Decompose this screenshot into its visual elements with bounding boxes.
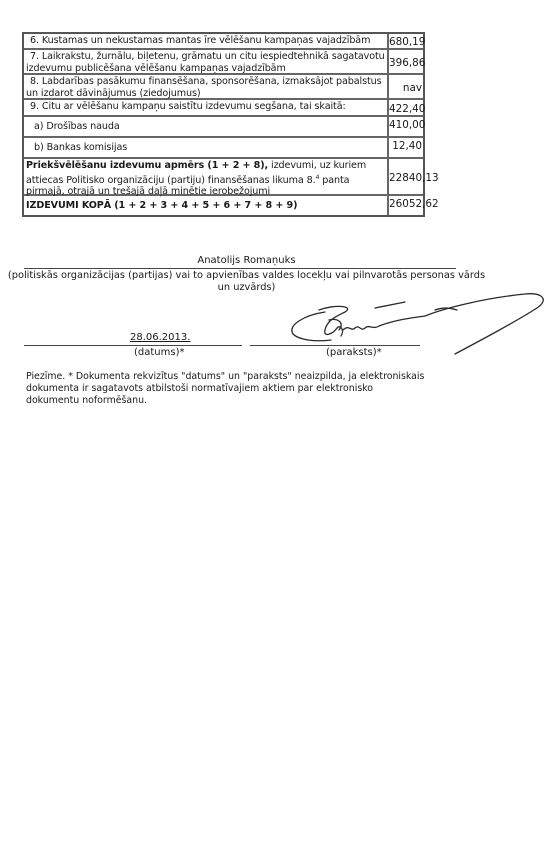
row-label: a) Drošības nauda [24,117,389,136]
row-value: 26052,62 [389,196,440,215]
row-label: 8. Labdarības pasākumu finansēšana, spon… [24,75,389,98]
row-label: 7. Laikrakstu, žurnālu, biļetenu, grāmat… [24,50,389,73]
table-row: 8. Labdarības pasākumu finansēšana, spon… [24,75,423,100]
row-value: 422,40 [389,100,426,115]
table-row: Priekšvēlēšanu izdevumu apmērs (1 + 2 + … [24,159,423,196]
row-value: 680,19 [389,34,426,48]
row-label: 6. Kustamas un nekustamas mantas īre vēl… [24,34,389,48]
row-value: 396,86 [389,50,426,73]
table-row: a) Drošības nauda 410,00 [24,117,423,138]
row-value: nav [389,75,423,98]
signatory-caption-1: (politiskās organizācijas (partijas) vai… [0,270,523,281]
handwritten-signature [285,290,553,365]
table-row: 7. Laikrakstu, žurnālu, biļetenu, grāmat… [24,50,423,75]
date-caption: (datums)* [134,347,185,358]
row-label: 9. Citu ar vēlēšanu kampaņu saistītu izd… [24,100,389,115]
row-label: Priekšvēlēšanu izdevumu apmērs (1 + 2 + … [24,159,389,194]
date-value: 28.06.2013. [130,332,190,343]
table-row: 6. Kustamas un nekustamas mantas īre vēl… [24,34,423,50]
name-line [24,268,456,269]
row-value: 410,00 [389,117,426,136]
row-label: b) Bankas komisijas [24,138,389,157]
date-line [24,345,242,346]
row-value: 12,40 [389,138,423,157]
expenses-table: 6. Kustamas un nekustamas mantas īre vēl… [22,32,425,217]
signatory-name: Anatolijs Romaņuks [0,255,523,266]
table-row: 9. Citu ar vēlēšanu kampaņu saistītu izd… [24,100,423,117]
row-value: 22840,13 [389,159,440,194]
row-label: IZDEVUMI KOPĀ (1 + 2 + 3 + 4 + 5 + 6 + 7… [24,196,389,215]
table-row: b) Bankas komisijas 12,40 [24,138,423,159]
footnote: Piezīme. * Dokumenta rekvizītus "datums"… [26,371,426,407]
table-row: IZDEVUMI KOPĀ (1 + 2 + 3 + 4 + 5 + 6 + 7… [24,196,423,215]
